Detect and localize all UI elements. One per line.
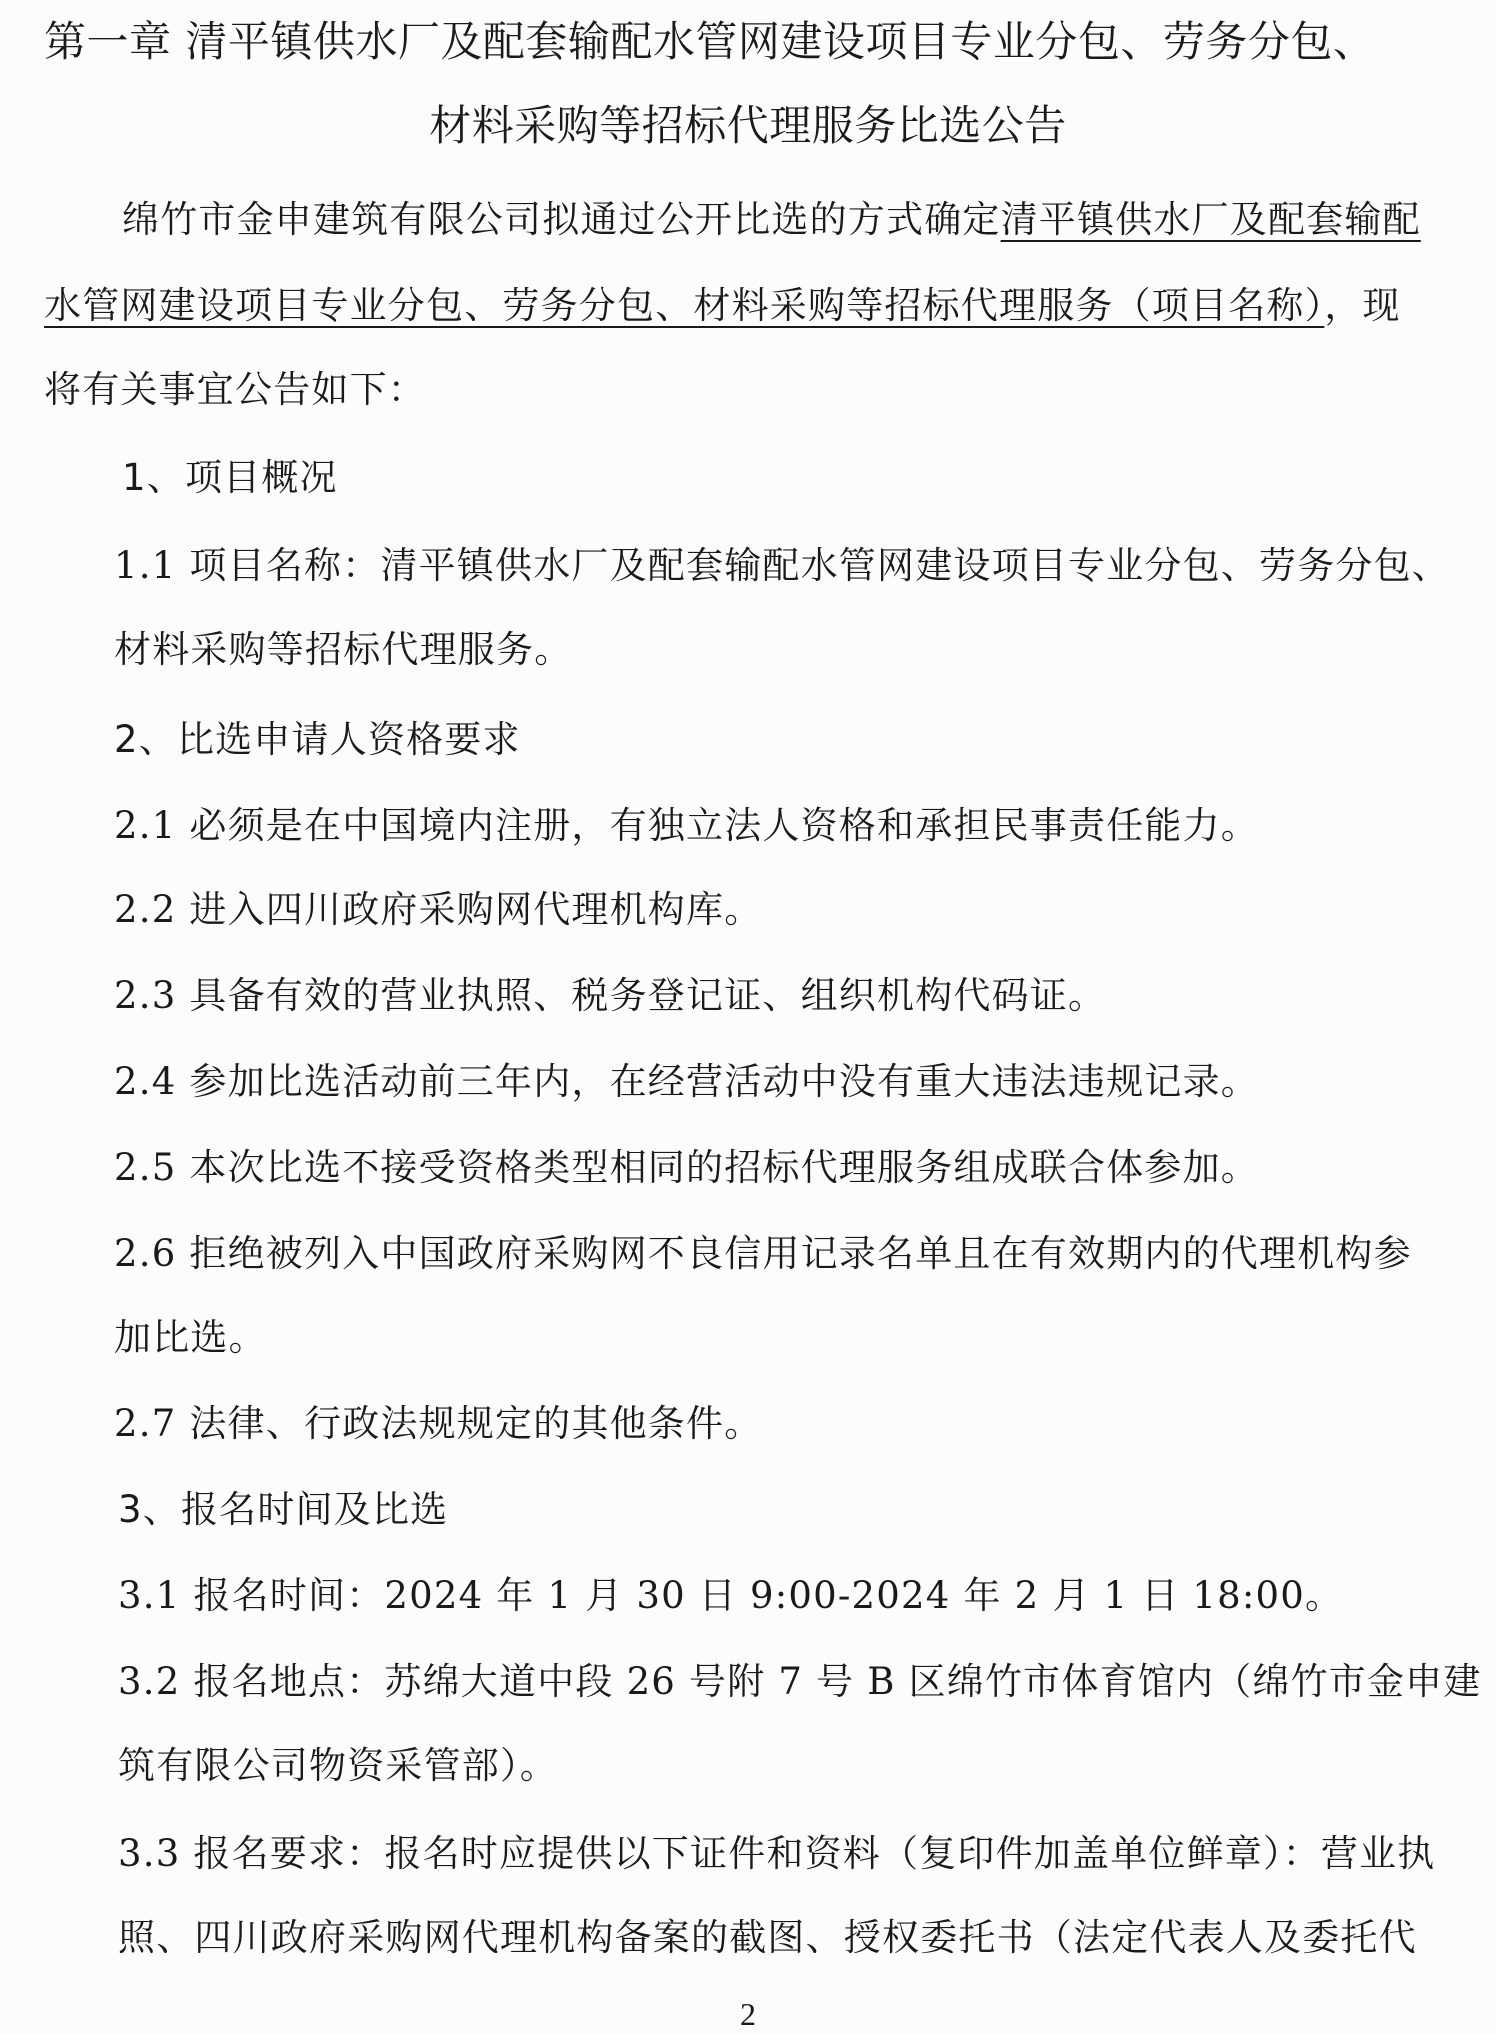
intro-paragraph-line-1: 绵竹市金申建筑有限公司拟通过公开比选的方式确定清平镇供水厂及配套输配	[122, 194, 1421, 246]
item-3-1: 3.1 报名时间：2024 年 1 月 30 日 9:00-2024 年 2 月…	[118, 1570, 1343, 1622]
item-2-7: 2.7 法律、行政法规规定的其他条件。	[114, 1398, 762, 1450]
item-1-1-line-1: 1.1 项目名称：清平镇供水厂及配套输配水管网建设项目专业分包、劳务分包、	[114, 540, 1450, 592]
project-name-underlined: 清平镇供水厂及配套输配	[1001, 198, 1421, 241]
chapter-title-line-2: 材料采购等招标代理服务比选公告	[0, 98, 1496, 154]
item-2-1: 2.1 必须是在中国境内注册，有独立法人资格和承担民事责任能力。	[114, 800, 1259, 852]
item-1-1-line-2: 材料采购等招标代理服务。	[114, 624, 572, 676]
document-page: 第一章 清平镇供水厂及配套输配水管网建设项目专业分包、劳务分包、 材料采购等招标…	[0, 0, 1496, 2034]
item-3-3-line-2: 照、四川政府采购网代理机构备案的截图、授权委托书（法定代表人及委托代	[118, 1912, 1417, 1964]
item-2-4: 2.4 参加比选活动前三年内，在经营活动中没有重大违法违规记录。	[114, 1056, 1259, 1108]
item-3-2-line-2: 筑有限公司物资采管部）。	[118, 1740, 558, 1792]
intro-paragraph-line-2: 水管网建设项目专业分包、劳务分包、材料采购等招标代理服务（项目名称），现	[44, 280, 1401, 332]
item-2-6-line-2: 加比选。	[114, 1312, 267, 1364]
intro-paragraph-line-3: 将有关事宜公告如下：	[44, 364, 426, 416]
page-number: 2	[0, 1996, 1496, 2032]
intro-text: 绵竹市金申建筑有限公司拟通过公开比选的方式确定	[122, 198, 1001, 241]
item-3-2-line-1: 3.2 报名地点：苏绵大道中段 26 号附 7 号 B 区绵竹市体育馆内（绵竹市…	[118, 1656, 1482, 1708]
project-name-underlined: 水管网建设项目专业分包、劳务分包、材料采购等招标代理服务（项目名称）	[44, 284, 1324, 327]
section-2-heading: 2、比选申请人资格要求	[114, 714, 521, 766]
intro-text: ，现	[1324, 284, 1400, 327]
item-2-6-line-1: 2.6 拒绝被列入中国政府采购网不良信用记录名单且在有效期内的代理机构参	[114, 1228, 1412, 1280]
section-1-heading: 1、项目概况	[122, 452, 338, 504]
section-3-heading: 3、报名时间及比选	[118, 1484, 448, 1536]
item-3-3-line-1: 3.3 报名要求：报名时应提供以下证件和资料（复印件加盖单位鲜章）：营业执	[118, 1828, 1436, 1880]
item-2-3: 2.3 具备有效的营业执照、税务登记证、组织机构代码证。	[114, 970, 1106, 1022]
chapter-title-line-1: 第一章 清平镇供水厂及配套输配水管网建设项目专业分包、劳务分包、	[44, 14, 1375, 70]
item-2-2: 2.2 进入四川政府采购网代理机构库。	[114, 884, 762, 936]
item-2-5: 2.5 本次比选不接受资格类型相同的招标代理服务组成联合体参加。	[114, 1142, 1259, 1194]
